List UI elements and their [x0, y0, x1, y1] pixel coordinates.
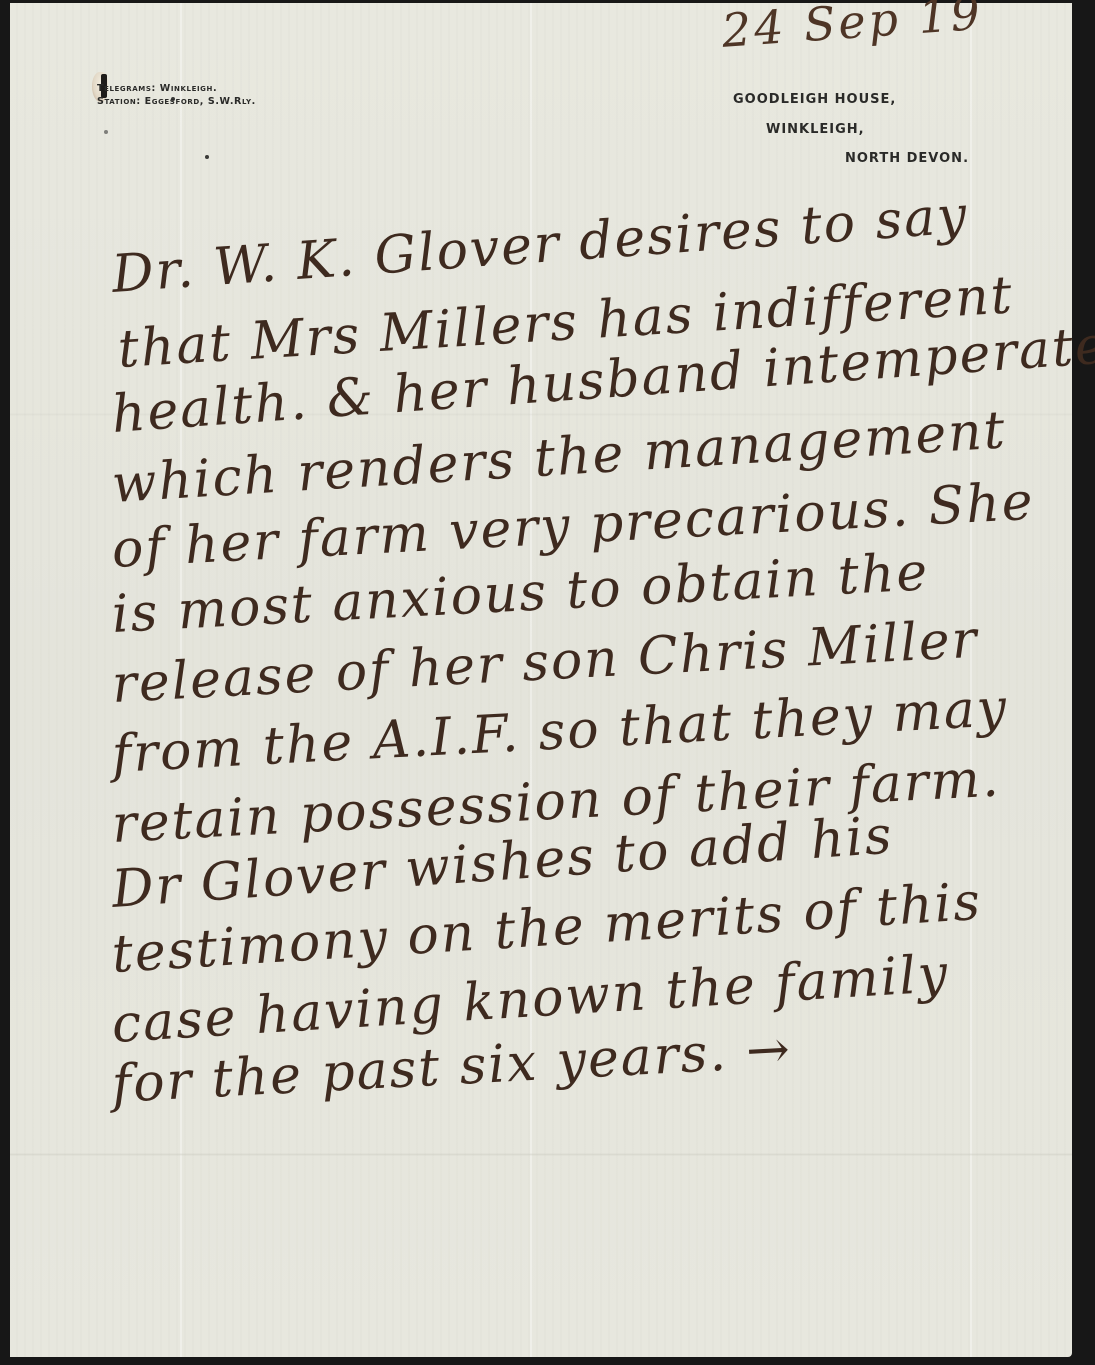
letterhead-contact: Telegrams: Winkleigh. Station: Eggesford…: [97, 82, 256, 108]
pin-hole: [104, 130, 108, 134]
telegrams-line: Telegrams: Winkleigh.: [97, 82, 256, 95]
address-line-1: GOODLEIGH HOUSE,: [733, 92, 896, 107]
address-line-3: NORTH DEVON.: [845, 151, 969, 166]
station-line: Station: Eggesford, S.W.Rly.: [97, 95, 256, 108]
address-line-2: WINKLEIGH,: [766, 122, 865, 137]
paper-fold-crease: [10, 1153, 1072, 1156]
pin-hole: [205, 155, 209, 159]
